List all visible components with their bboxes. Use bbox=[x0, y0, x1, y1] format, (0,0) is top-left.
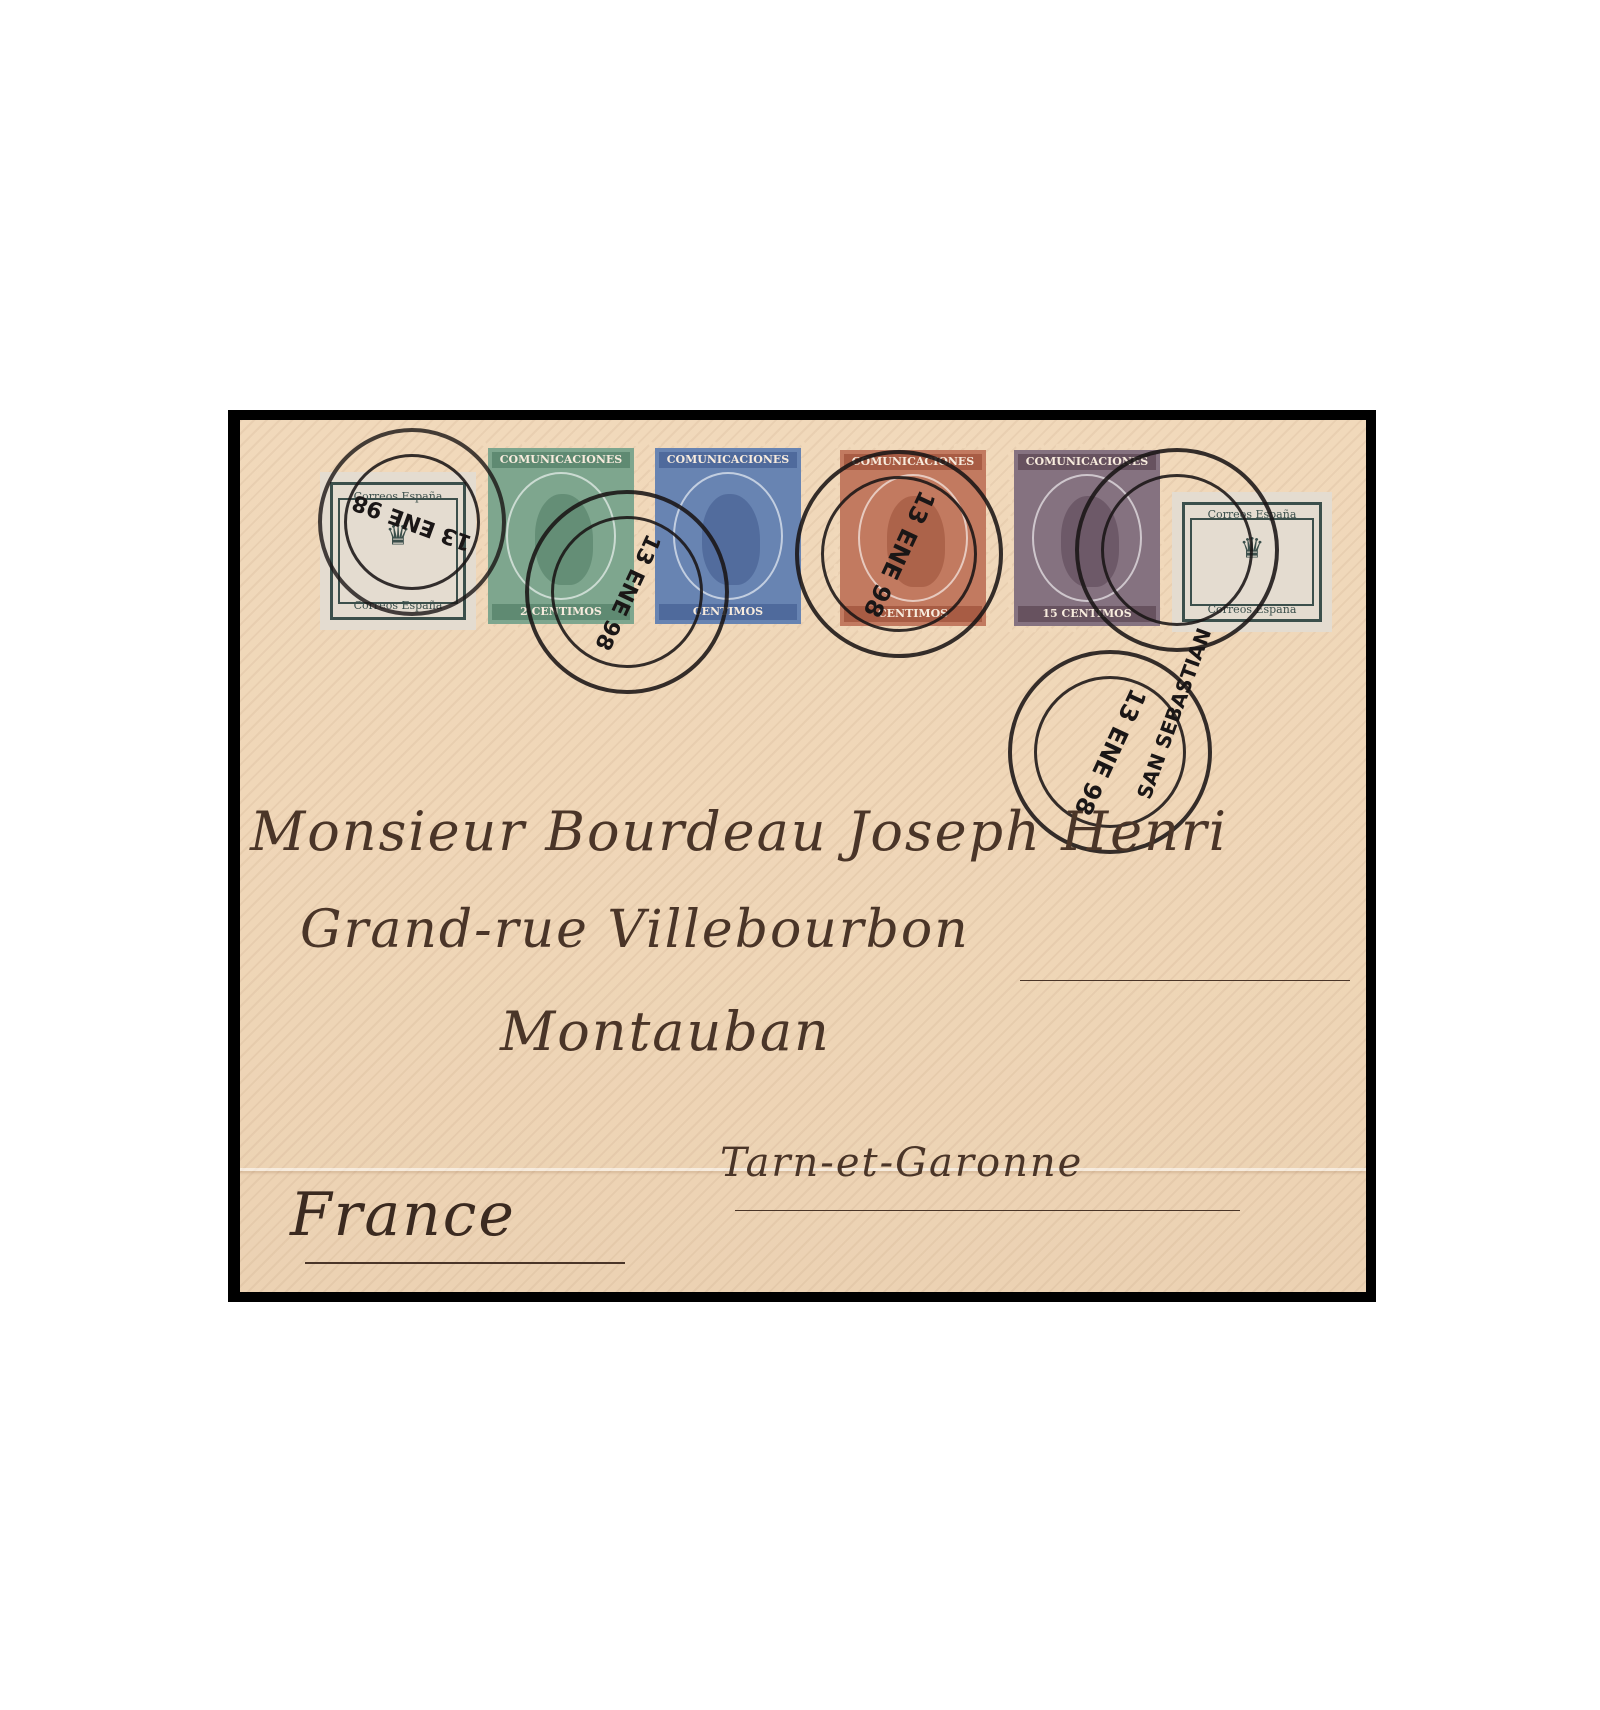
postmark-4 bbox=[1075, 448, 1279, 652]
address-line-2: Grand-rue Villebourbon bbox=[300, 900, 970, 960]
underline bbox=[735, 1210, 1240, 1211]
postmark-1: 13 ENE 98 bbox=[318, 428, 506, 616]
address-department: Tarn-et-Garonne bbox=[720, 1140, 1083, 1186]
postmark-3: 13 ENE 98 bbox=[795, 450, 1003, 658]
address-line-1: Monsieur Bourdeau Joseph Henri bbox=[250, 800, 1228, 863]
address-country: France bbox=[290, 1180, 516, 1250]
underline bbox=[1020, 980, 1350, 981]
postmark-2: 13 ENE 98 bbox=[525, 490, 729, 694]
postal-cover: Correos España ♛ Correos España COMUNICA… bbox=[240, 420, 1366, 1292]
underline bbox=[305, 1262, 625, 1264]
address-city: Montauban bbox=[500, 1000, 831, 1063]
